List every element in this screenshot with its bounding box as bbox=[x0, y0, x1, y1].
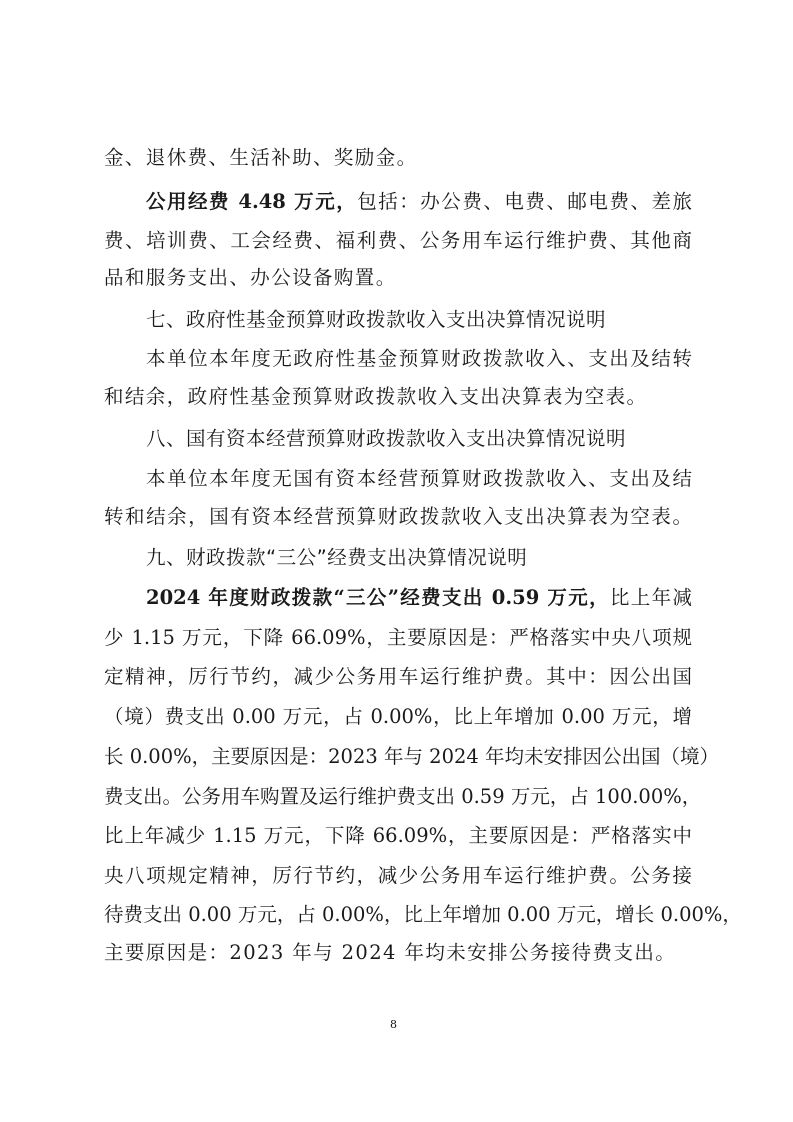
section-heading-7: 七、政府性基金预算财政拨款收入支出决算情况说明 bbox=[104, 308, 606, 332]
paragraph-line: 定精神，厉行节约，减少公务用车运行维护费。其中：因公出国 bbox=[104, 665, 692, 689]
paragraph-line: 品和服务支出、办公设备购置。 bbox=[104, 266, 397, 290]
page-number: 8 bbox=[390, 1018, 397, 1031]
paragraph-line: 费、培训费、工会经费、福利费、公务用车运行维护费、其他商 bbox=[104, 229, 692, 253]
paragraph-line: （境）费支出 0.00 万元，占 0.00%，比上年增加 0.00 万元，增 bbox=[104, 705, 692, 729]
paragraph-line: 转和结余，国有资本经营预算财政拨款收入支出决算表为空表。 bbox=[104, 505, 692, 529]
paragraph-line: 比上年减少 1.15 万元，下降 66.09%，主要原因是：严格落实中 bbox=[104, 824, 692, 848]
line-text: 包括：办公费、电费、邮电费、差旅 bbox=[357, 190, 692, 213]
section-heading-8: 八、国有资本经营预算财政拨款收入支出决算情况说明 bbox=[104, 427, 626, 451]
section-heading-9: 九、财政拨款“三公”经费支出决算情况说明 bbox=[104, 546, 527, 570]
bold-lead: 2024 年度财政拨款“三公”经费支出 0.59 万元， bbox=[146, 586, 610, 609]
paragraph-line: 央八项规定精神，厉行节约，减少公务用车运行维护费。公务接 bbox=[104, 864, 692, 888]
paragraph-line: 2024 年度财政拨款“三公”经费支出 0.59 万元，比上年减 bbox=[104, 586, 692, 610]
paragraph-line: 金、退休费、生活补助、奖励金。 bbox=[104, 146, 418, 170]
paragraph-line: 主要原因是：2023 年与 2024 年均未安排公务接待费支出。 bbox=[104, 941, 676, 965]
bold-lead: 公用经费 4.48 万元， bbox=[146, 190, 357, 213]
paragraph-line: 费支出。公务用车购置及运行维护费支出 0.59 万元，占 100.00%， bbox=[104, 785, 692, 809]
paragraph-line: 待费支出 0.00 万元，占 0.00%，比上年增加 0.00 万元，增长 0.… bbox=[104, 903, 692, 927]
paragraph-line: 长 0.00%，主要原因是：2023 年与 2024 年均未安排因公出国（境） bbox=[104, 745, 692, 769]
paragraph-line: 少 1.15 万元，下降 66.09%，主要原因是：严格落实中央八项规 bbox=[104, 626, 692, 650]
paragraph-line: 本单位本年度无政府性基金预算财政拨款收入、支出及结转 bbox=[104, 347, 692, 371]
paragraph-line: 和结余，政府性基金预算财政拨款收入支出决算表为空表。 bbox=[104, 385, 647, 409]
paragraph-line: 本单位本年度无国有资本经营预算财政拨款收入、支出及结 bbox=[104, 467, 692, 491]
paragraph-line: 公用经费 4.48 万元，包括：办公费、电费、邮电费、差旅 bbox=[104, 190, 692, 214]
line-text: 比上年减 bbox=[610, 586, 692, 609]
